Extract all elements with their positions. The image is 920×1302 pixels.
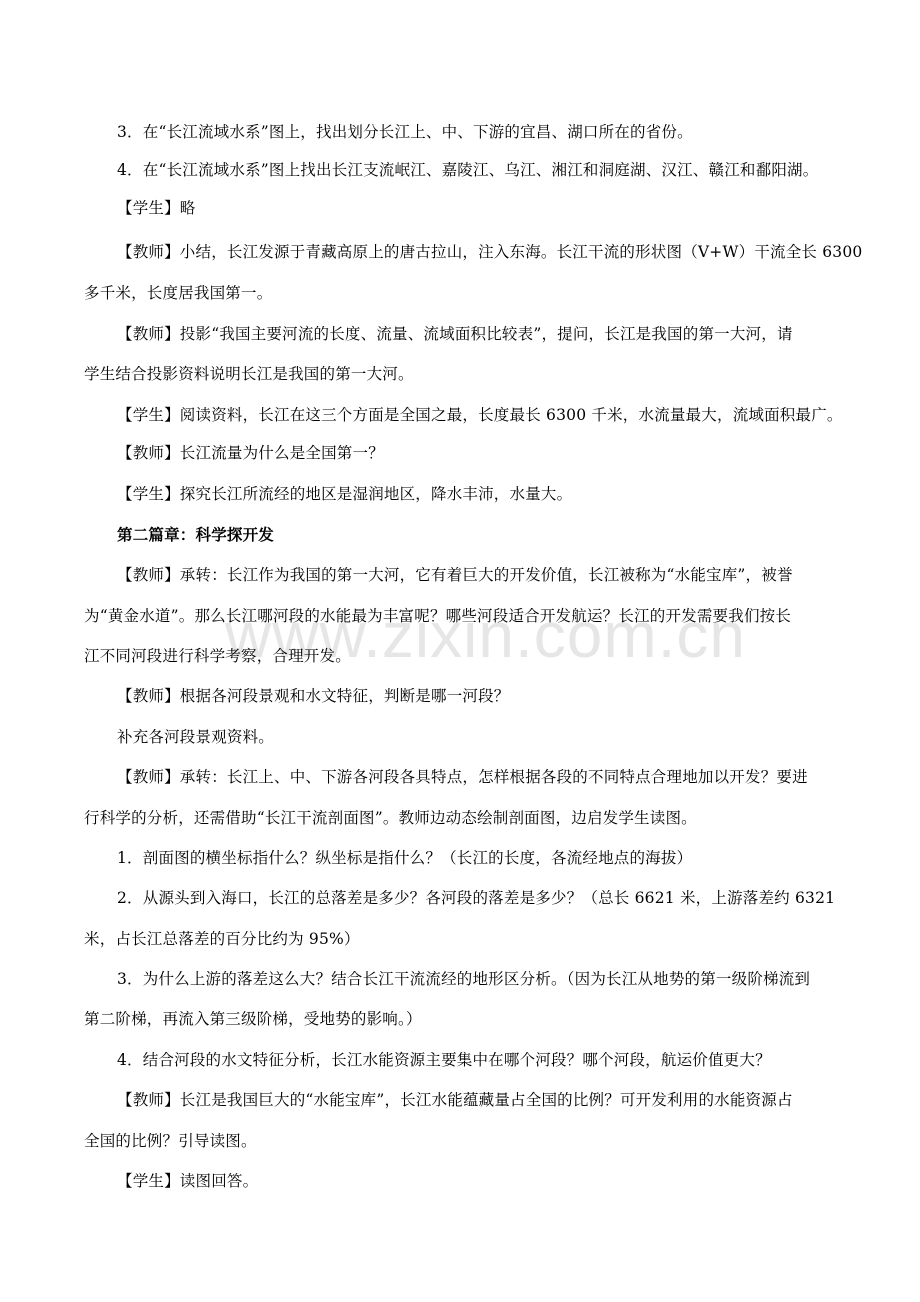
text-line: 【学生】探究长江所流经的地区是湿润地区，降水丰沛，水量大。 bbox=[117, 484, 877, 504]
text-line: 【教师】长江是我国巨大的“水能宝库”，长江水能蕴藏量占全国的比例？可开发利用的水… bbox=[117, 1090, 877, 1110]
text-line: 【学生】略 bbox=[117, 198, 877, 218]
text-line: 江不同河段进行科学考察，合理开发。 bbox=[84, 646, 844, 666]
text-line: 【教师】根据各河段景观和水文特征，判断是哪一河段？ bbox=[117, 686, 877, 706]
text-line: 【教师】承转：长江上、中、下游各河段各具特点，怎样根据各段的不同特点合理地加以开… bbox=[117, 767, 877, 787]
text-line: 【学生】阅读资料，长江在这三个方面是全国之最，长度最长 6300 千米，水流量最… bbox=[117, 405, 877, 425]
text-line: 补充各河段景观资料。 bbox=[117, 727, 877, 747]
text-line: 行科学的分析，还需借助“长江干流剖面图”。教师边动态绘制剖面图，边启发学生读图。 bbox=[84, 808, 844, 828]
text-line: 3．在“长江流域水系”图上，找出划分长江上、中、下游的宜昌、湖口所在的省份。 bbox=[117, 122, 877, 142]
text-line: 为“黄金水道”。那么长江哪河段的水能最为丰富呢？哪些河段适合开发航运？长江的开发… bbox=[84, 606, 844, 626]
text-line: 【教师】长江流量为什么是全国第一？ bbox=[117, 443, 877, 463]
text-line: 4．结合河段的水文特征分析，长江水能资源主要集中在哪个河段？哪个河段，航运价值更… bbox=[117, 1050, 877, 1070]
text-line: 【学生】读图回答。 bbox=[117, 1171, 877, 1191]
text-line: 全国的比例？引导读图。 bbox=[84, 1131, 844, 1151]
text-line: 第二阶梯，再流入第三级阶梯，受地势的影响。） bbox=[84, 1009, 844, 1029]
text-line: 米，占长江总落差的百分比约为 95%） bbox=[84, 929, 844, 949]
document-page: www.zixin.com.cn 3．在“长江流域水系”图上，找出划分长江上、中… bbox=[0, 0, 920, 1302]
text-line: 多千米，长度居我国第一。 bbox=[84, 283, 844, 303]
text-line: 4．在“长江流域水系”图上找出长江支流岷江、嘉陵江、乌江、湘江和洞庭湖、汉江、赣… bbox=[117, 160, 877, 180]
text-line: 【教师】投影“我国主要河流的长度、流量、流域面积比较表”，提问，长江是我国的第一… bbox=[117, 324, 877, 344]
text-line: 学生结合投影资料说明长江是我国的第一大河。 bbox=[84, 364, 844, 384]
text-line: 2．从源头到入海口，长江的总落差是多少？各河段的落差是多少？（总长 6621 米… bbox=[117, 888, 877, 908]
text-line: 【教师】小结，长江发源于青藏高原上的唐古拉山，注入东海。长江干流的形状图（V+W… bbox=[117, 242, 877, 262]
section-heading: 第二篇章：科学探开发 bbox=[117, 525, 877, 545]
text-line: 3．为什么上游的落差这么大？结合长江干流流经的地形区分析。（因为长江从地势的第一… bbox=[117, 969, 877, 989]
text-line: 【教师】承转：长江作为我国的第一大河，它有着巨大的开发价值，长江被称为“水能宝库… bbox=[117, 565, 877, 585]
text-line: 1．剖面图的横坐标指什么？纵坐标是指什么？（长江的长度，各流经地点的海拔） bbox=[117, 848, 877, 868]
